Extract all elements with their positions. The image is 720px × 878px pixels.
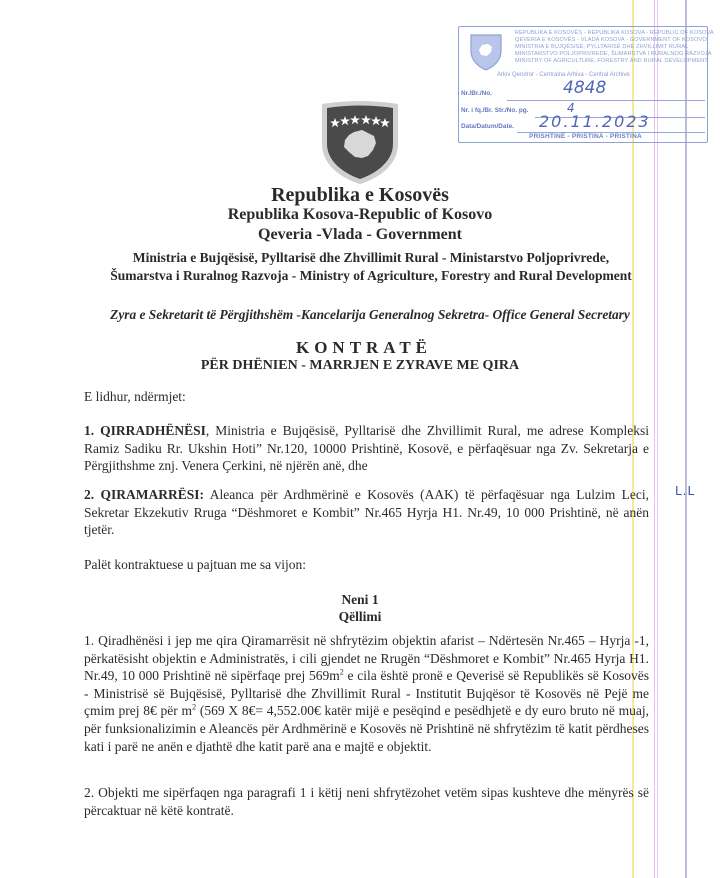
stamp-city: PRISHTINË - PRIŠTINA - PRISTINA <box>529 133 642 140</box>
registration-stamp: REPUBLIKA E KOSOVËS - REPUBLIKA KOSOVA -… <box>458 26 708 143</box>
stamp-date-value: 20.11.2023 <box>539 112 651 131</box>
intro-text: E lidhur, ndërmjet: <box>84 388 649 406</box>
republic-title: Republika e Kosovës <box>0 184 720 207</box>
agreement-text: Palët kontraktuese u pajtuan me sa vijon… <box>84 556 649 574</box>
article-1-paragraph-2: 2. Objekti me sipërfaqen nga paragrafi 1… <box>84 784 649 819</box>
party-2-label: 2. QIRAMARRËSI: <box>84 487 204 502</box>
stamp-header-text: REPUBLIKA E KOSOVËS - REPUBLIKA KOSOVA -… <box>515 30 707 65</box>
article-number: Neni 1 <box>0 591 720 608</box>
government-title: Qeveria -Vlada - Government <box>0 226 720 244</box>
stamp-date-row: Data/Datum/Date. <box>461 123 514 130</box>
article-1-paragraph-1: 1. Qiradhënësi i jep me qira Qiramarrësi… <box>84 632 649 755</box>
handwritten-initials: L.L <box>675 484 695 498</box>
document-subtitle: PËR DHËNIEN - MARRJEN E ZYRAVE ME QIRA <box>0 358 720 374</box>
republic-subtitle: Republika Kosova-Republic of Kosovo <box>0 206 720 224</box>
ministry-name: Ministria e Bujqësisë, Pylltarisë dhe Zh… <box>86 249 656 285</box>
party-1-paragraph: 1. QIRRADHËNËSI, Ministria e Bujqësisë, … <box>84 422 649 475</box>
stamp-number-value: 4848 <box>563 78 606 98</box>
office-name: Zyra e Sekretarit të Përgjithshëm -Kance… <box>84 307 656 323</box>
stamp-page-row: Nr. i fq./Br. Str./No. pg. <box>461 107 528 114</box>
party-1-label: 1. QIRRADHËNËSI <box>84 423 206 438</box>
article-title: Qëllimi <box>0 608 720 625</box>
divider <box>507 100 705 101</box>
kosovo-emblem-icon <box>469 33 503 71</box>
document-title: KONTRATË <box>0 338 720 358</box>
article-heading: Neni 1 Qëllimi <box>0 591 720 625</box>
kosovo-coat-of-arms-icon <box>318 100 402 185</box>
stamp-number-row: Nr./Br./No. <box>461 90 492 97</box>
party-2-paragraph: 2. QIRAMARRËSI: Aleanca për Ardhmërinë e… <box>84 486 649 539</box>
